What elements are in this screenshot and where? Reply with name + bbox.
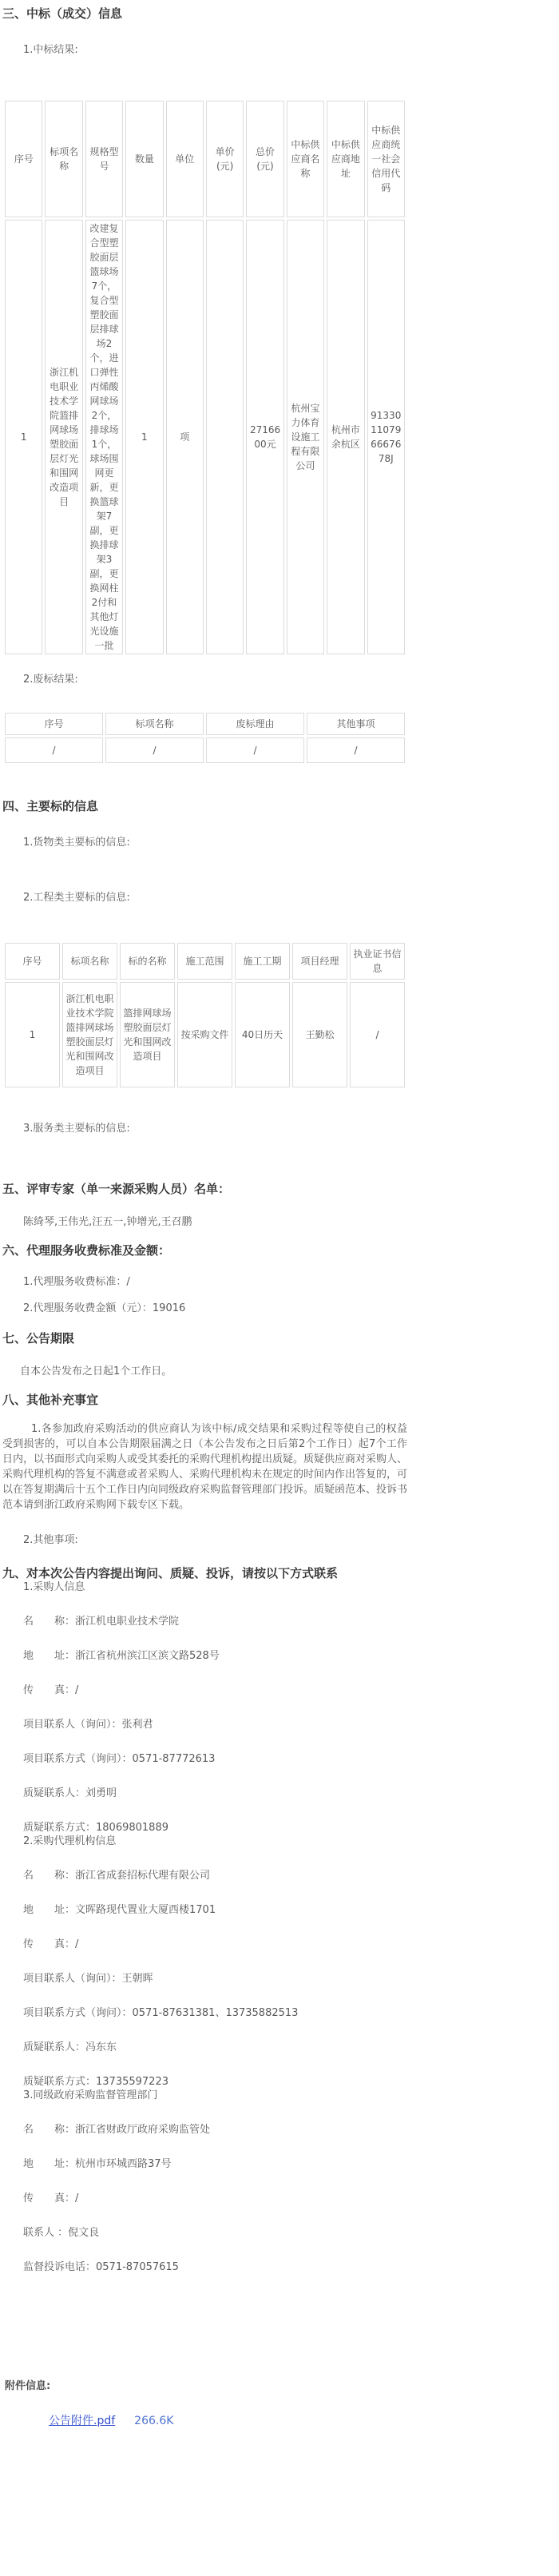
award-table-header-row: 序号 标项名称 规格型号 数量 单位 单价(元) 总价(元) 中标供应商名称 中… [5, 101, 405, 217]
agency-fee-standard: 1.代理服务收费标准：/ [23, 1275, 407, 1289]
attachment-row: 公告附件.pdf266.6K [49, 2414, 407, 2428]
agency-fee-amount: 2.代理服务收费金额（元）：19016 [23, 1302, 407, 1315]
cell-license: / [350, 982, 405, 1087]
section-title-award-info: 三、中标（成交）信息 [2, 6, 407, 21]
agency-project-contact: 项目联系人（询问）：王朝晖 [23, 1972, 407, 1986]
cell-credit-code: 91330110796667678J [367, 220, 405, 654]
purchaser-project-phone: 项目联系方式（询问）：0571-87772613 [23, 1752, 407, 1766]
section-title-notice-period: 七、公告期限 [2, 1331, 407, 1346]
header-cell-license: 执业证书信息 [350, 943, 405, 980]
header-cell-unit: 单位 [166, 101, 204, 217]
header-cell-unit-price: 单价(元) [206, 101, 244, 217]
agency-address: 地 址：文晖路现代置业大厦西楼1701 [23, 1903, 407, 1917]
attachment-size: 266.6K [134, 2415, 173, 2427]
header-cell-qty: 数量 [125, 101, 163, 217]
purchaser-query-contact: 质疑联系人：刘勇明 [23, 1787, 407, 1800]
regulator-complaint-phone: 监督投诉电话：0571-87057615 [23, 2260, 407, 2274]
header-cell-seq: 序号 [5, 713, 103, 735]
purchaser-info-heading: 1.采购人信息 [23, 1580, 407, 1594]
section-title-agency-fee: 六、代理服务收费标准及金额： [2, 1243, 407, 1258]
award-result-table: 序号 标项名称 规格型号 数量 单位 单价(元) 总价(元) 中标供应商名称 中… [2, 98, 407, 657]
other-matters-label: 2.其他事项: [23, 1533, 407, 1547]
cell-lot-name: 浙江机电职业技术学院篮排网球场塑胶面层灯光和围网改造项目 [45, 220, 82, 654]
purchaser-name: 名 称：浙江机电职业技术学院 [23, 1615, 407, 1628]
section-title-contact: 九、对本次公告内容提出询问、质疑、投诉，请按以下方式联系 [2, 1566, 407, 1580]
header-cell-lot-name: 标项名称 [62, 943, 117, 980]
header-cell-reject-reason: 废标理由 [206, 713, 304, 735]
cell-scope: 按采购文件 [177, 982, 232, 1087]
attachment-link[interactable]: 公告附件.pdf [49, 2415, 115, 2427]
agency-query-contact: 质疑联系人：冯东东 [23, 2041, 407, 2054]
agency-name: 名 称：浙江省成套招标代理有限公司 [23, 1869, 407, 1882]
cell-lot-name: 浙江机电职业技术学院篮排网球场塑胶面层灯光和围网改造项目 [62, 982, 117, 1087]
header-cell-lot-name: 标项名称 [45, 101, 82, 217]
purchaser-fax: 传 真：/ [23, 1684, 407, 1697]
header-cell-supplier-name: 中标供应商名称 [287, 101, 324, 217]
header-cell-subject-name: 标的名称 [120, 943, 175, 980]
services-subject-label: 3.服务类主要标的信息: [23, 1122, 407, 1135]
goods-subject-label: 1.货物类主要标的信息: [23, 836, 407, 849]
rejected-table-data-row: / / / / [5, 737, 405, 763]
cell-reject-reason: / [206, 737, 304, 763]
cell-lot-name: / [105, 737, 204, 763]
agency-query-phone: 质疑联系方式：13735597223 [23, 2075, 407, 2089]
cell-subject-name: 篮排网球场塑胶面层灯光和围网改造项目 [120, 982, 175, 1087]
cell-duration: 40日历天 [235, 982, 290, 1087]
header-cell-seq: 序号 [5, 943, 60, 980]
header-cell-manager: 项目经理 [292, 943, 347, 980]
header-cell-scope: 施工范围 [177, 943, 232, 980]
section-title-experts: 五、评审专家（单一来源采购人员）名单： [2, 1182, 407, 1196]
header-cell-spec: 规格型号 [85, 101, 123, 217]
supplementary-paragraph: 1.各参加政府采购活动的供应商认为该中标/成交结果和采购过程等使自己的权益受到损… [2, 1421, 407, 1513]
cell-other: / [307, 737, 405, 763]
experts-list: 陈绮琴,王伟光,汪五一,钟增光,王召鹏 [23, 1215, 407, 1229]
header-cell-other: 其他事项 [307, 713, 405, 735]
cell-unit-price [206, 220, 244, 654]
regulator-info-heading: 3.同级政府采购监督管理部门 [23, 2089, 407, 2102]
regulator-contact: 联系人 ：倪文良 [23, 2226, 407, 2240]
works-subject-table: 序号 标项名称 标的名称 施工范围 施工工期 项目经理 执业证书信息 1 浙江机… [2, 940, 407, 1090]
purchaser-query-phone: 质疑联系方式：18069801889 [23, 1821, 407, 1835]
cell-total-price: 2716600元 [246, 220, 283, 654]
rejected-table-header-row: 序号 标项名称 废标理由 其他事项 [5, 713, 405, 735]
cell-seq: 1 [5, 982, 60, 1087]
works-table-header-row: 序号 标项名称 标的名称 施工范围 施工工期 项目经理 执业证书信息 [5, 943, 405, 980]
announcement-document: 三、中标（成交）信息 1.中标结果: 序号 标项名称 规格型号 数量 单位 单价… [0, 0, 407, 2428]
award-result-label: 1.中标结果: [23, 43, 407, 57]
agency-project-phone: 项目联系方式（询问）：0571-87631381、13735882513 [23, 2006, 407, 2020]
header-cell-seq: 序号 [5, 101, 42, 217]
works-subject-label: 2.工程类主要标的信息: [23, 891, 407, 904]
cell-seq: 1 [5, 220, 42, 654]
purchaser-project-contact: 项目联系人（询问）：张利君 [23, 1718, 407, 1731]
cell-seq: / [5, 737, 103, 763]
cell-manager: 王勤松 [292, 982, 347, 1087]
works-table-data-row: 1 浙江机电职业技术学院篮排网球场塑胶面层灯光和围网改造项目 篮排网球场塑胶面层… [5, 982, 405, 1087]
regulator-name: 名 称：浙江省财政厅政府采购监管处 [23, 2123, 407, 2137]
header-cell-supplier-address: 中标供应商地址 [327, 101, 364, 217]
purchaser-address: 地 址：浙江省杭州滨江区滨文路528号 [23, 1649, 407, 1663]
cell-supplier-name: 杭州宝力体育设施工程有限公司 [287, 220, 324, 654]
rejected-result-table: 序号 标项名称 废标理由 其他事项 / / / / [2, 710, 407, 765]
attachment-section: 附件信息: 公告附件.pdf266.6K [2, 2379, 407, 2428]
notice-period-body: 自本公告发布之日起1个工作日。 [20, 1365, 407, 1378]
regulator-address: 地 址：杭州市环城西路37号 [23, 2157, 407, 2171]
header-cell-total-price: 总价(元) [246, 101, 283, 217]
attachment-label: 附件信息: [5, 2379, 407, 2393]
header-cell-lot-name: 标项名称 [105, 713, 204, 735]
agency-fax: 传 真：/ [23, 1938, 407, 1951]
section-title-main-subject: 四、主要标的信息 [2, 799, 407, 813]
section-title-supplementary: 八、其他补充事宜 [2, 1393, 407, 1407]
agency-info-heading: 2.采购代理机构信息 [23, 1835, 407, 1848]
cell-spec: 改建复合型塑胶面层篮球场7个，复合型塑胶面层排球场2个，进口弹性丙烯酸网球场2个… [85, 220, 123, 654]
header-cell-duration: 施工工期 [235, 943, 290, 980]
header-cell-credit-code: 中标供应商统一社会信用代码 [367, 101, 405, 217]
cell-unit: 项 [166, 220, 204, 654]
award-table-data-row: 1 浙江机电职业技术学院篮排网球场塑胶面层灯光和围网改造项目 改建复合型塑胶面层… [5, 220, 405, 654]
regulator-fax: 传 真：/ [23, 2192, 407, 2205]
cell-supplier-address: 杭州市余杭区 [327, 220, 364, 654]
cell-qty: 1 [125, 220, 163, 654]
rejected-result-label: 2.废标结果: [23, 673, 407, 686]
